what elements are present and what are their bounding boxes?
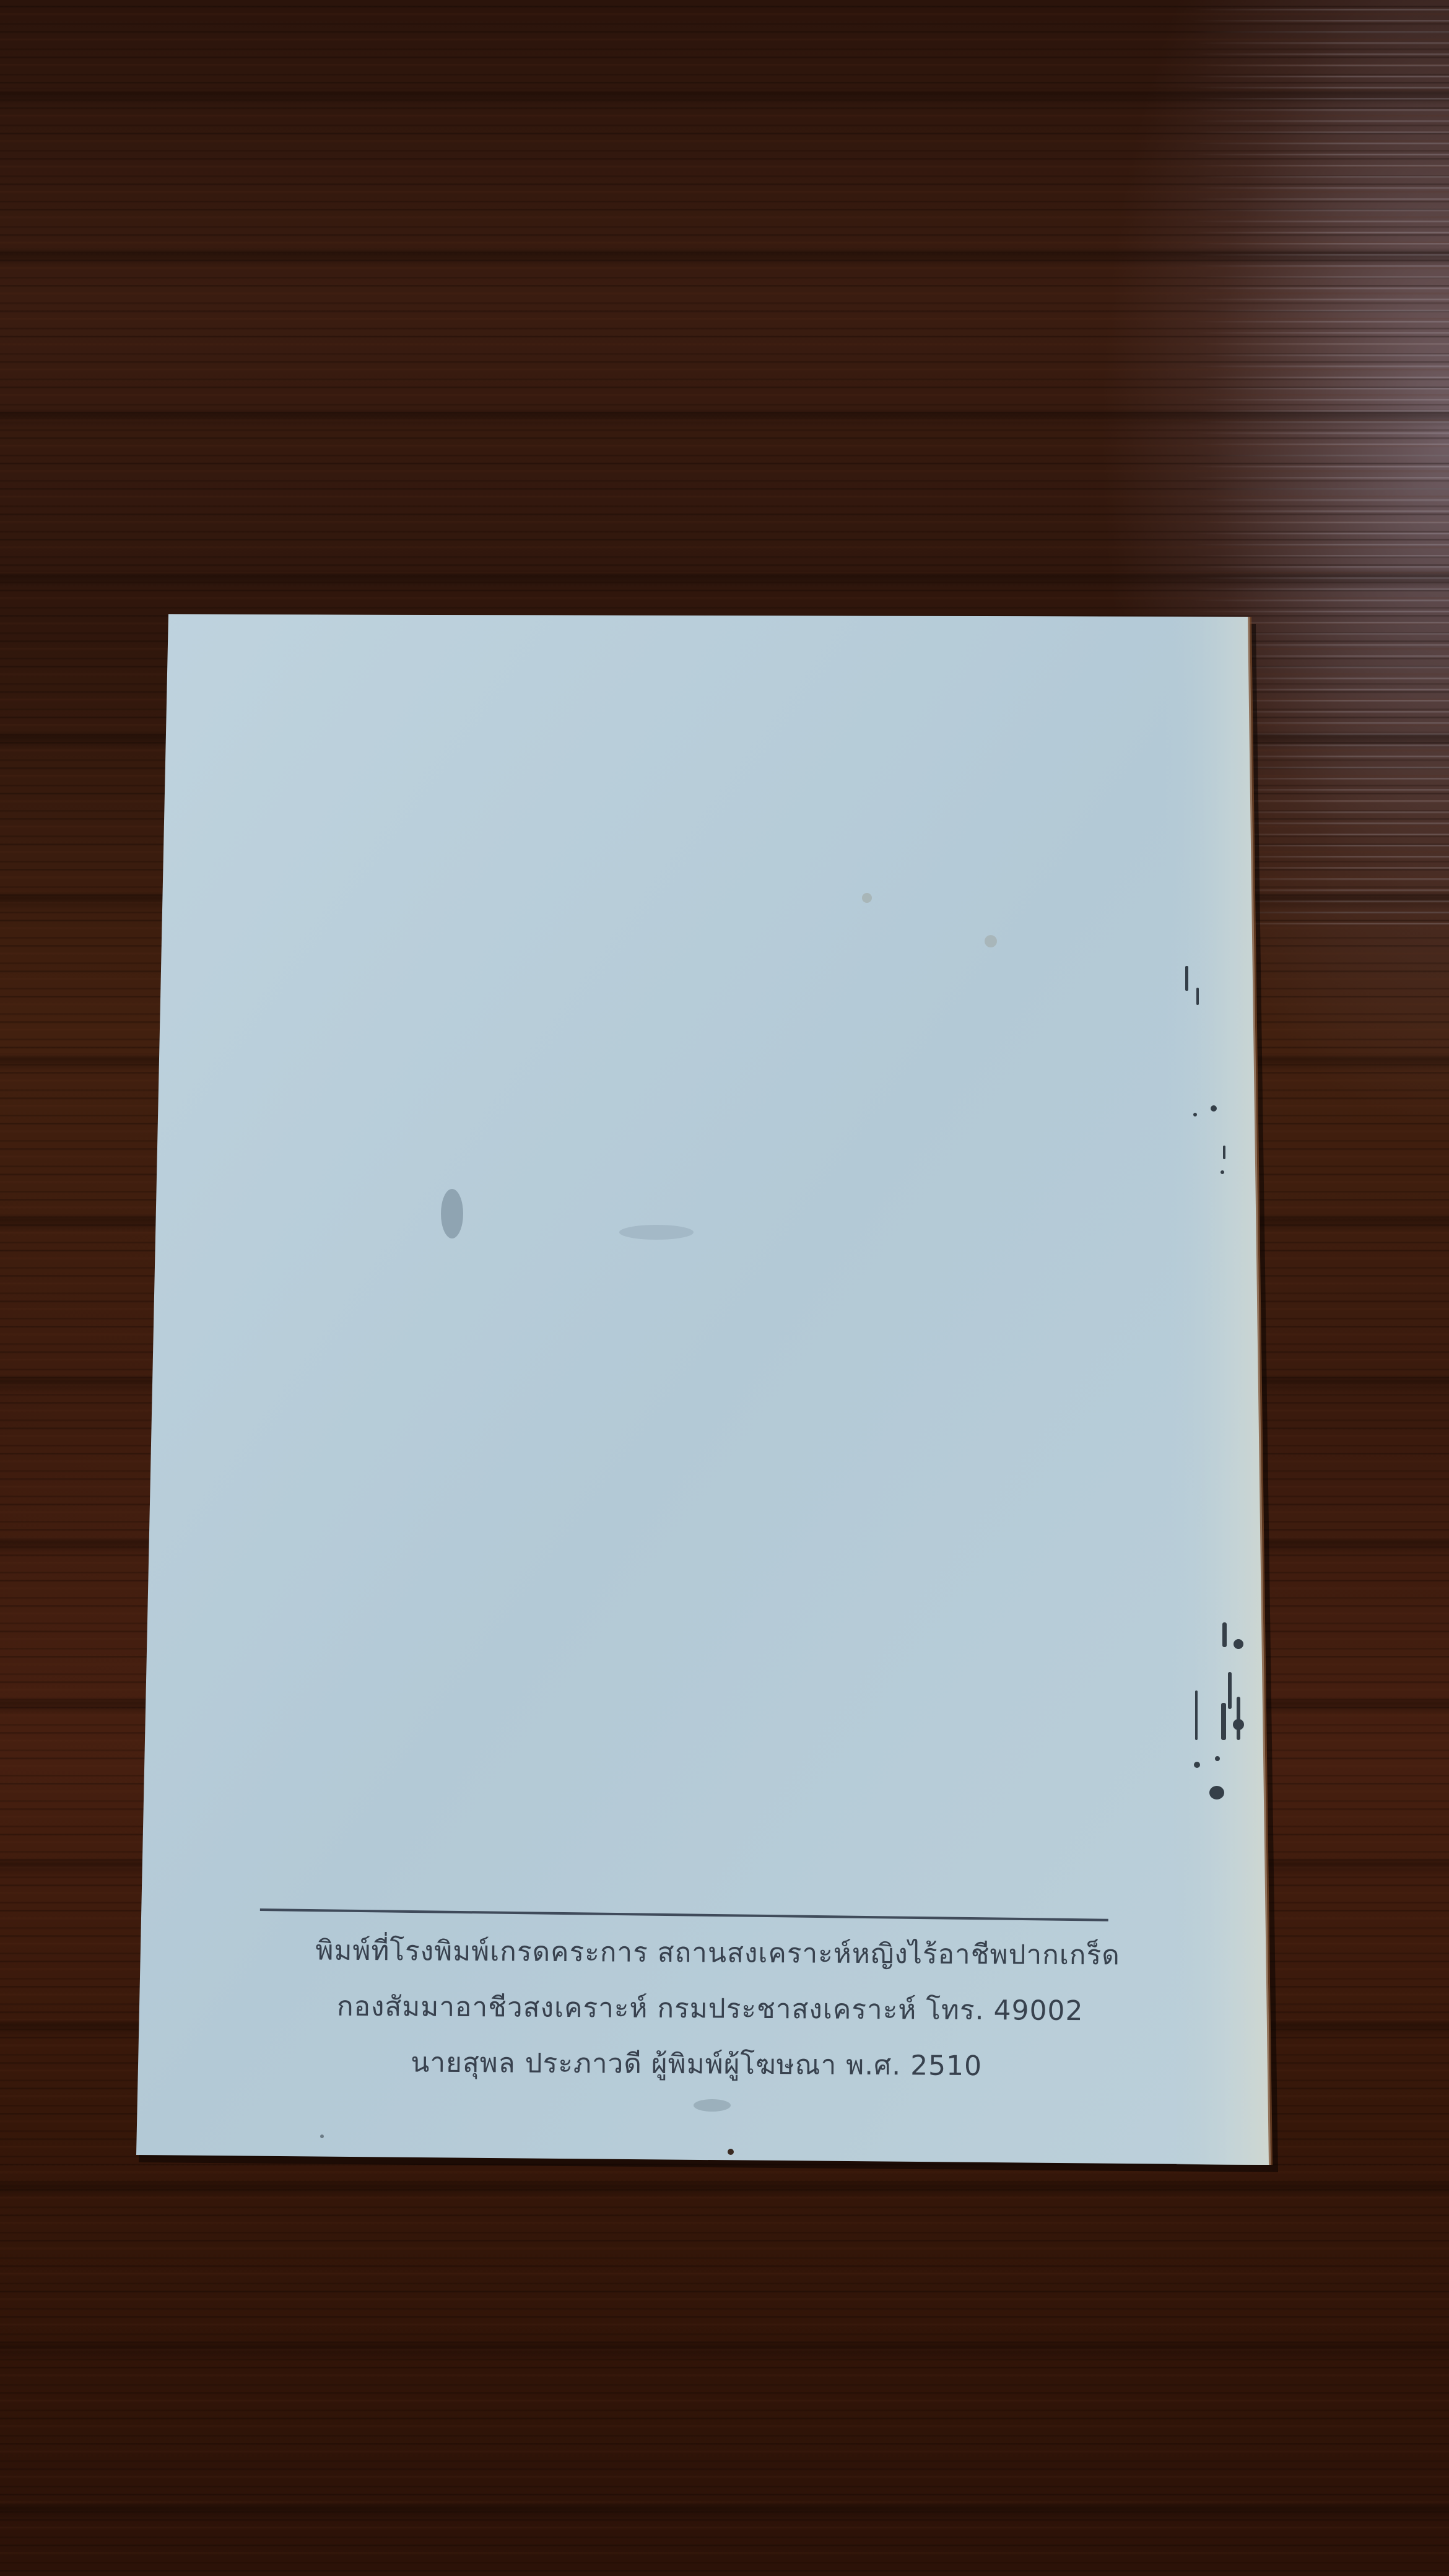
light-glare: [1189, 0, 1449, 929]
divider-line: [260, 1908, 1108, 1921]
publisher-imprint: พิมพ์ที่โรงพิมพ์เกรดคระการ สถานสงเคราะห์…: [259, 1895, 1127, 2105]
imprint-line-publisher: นายสุพล ประภาวดี ผู้พิมพ์ผู้โฆษณา พ.ศ. 2…: [411, 2044, 982, 2085]
spine-edge: [1164, 617, 1271, 2165]
imprint-line-printer: พิมพ์ที่โรงพิมพ์เกรดคระการ สถานสงเคราะห์…: [315, 1933, 1120, 1975]
imprint-line-department: กองสัมมาอาชีวสงเคราะห์ กรมประชาสงเคราะห์…: [337, 1988, 1084, 2030]
wood-grain-texture: [0, 0, 1449, 2576]
photo-scene: พิมพ์ที่โรงพิมพ์เกรดคระการ สถานสงเคราะห์…: [0, 0, 1449, 2576]
book-back-cover: [0, 0, 1449, 2576]
